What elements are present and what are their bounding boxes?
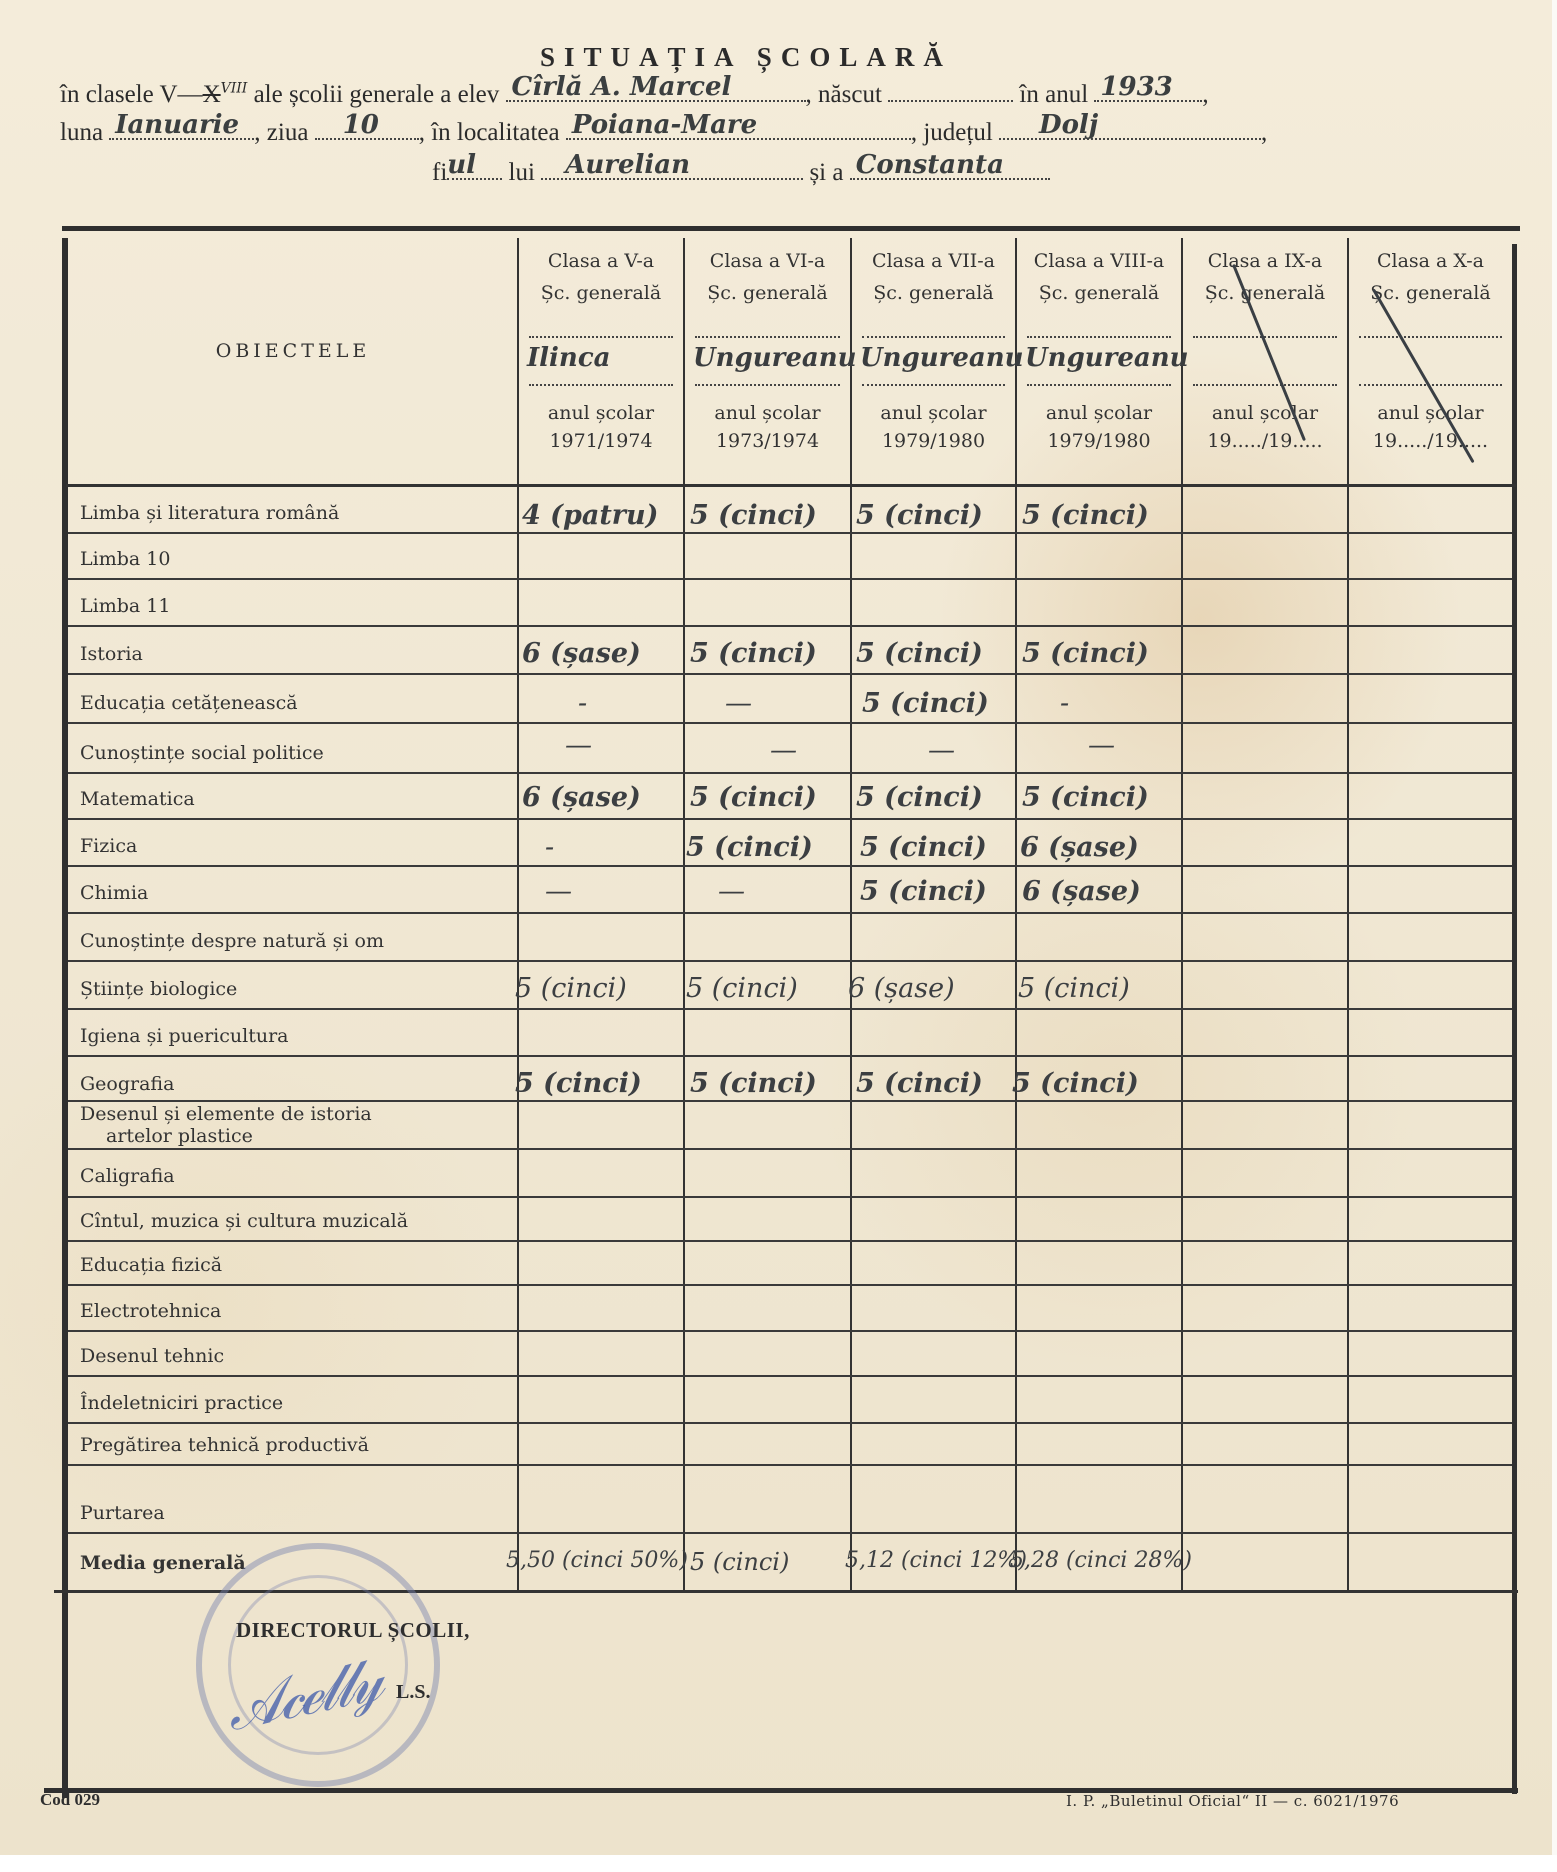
grade-cell: — <box>565 730 592 761</box>
school-year: 1979/1980 <box>1017 432 1181 460</box>
grade-cell: 5 (cinci) <box>1022 782 1149 813</box>
column-header-7: Clasa a VII-a Șc. generală Ungureanu anu… <box>852 252 1015 460</box>
mother-label: și a <box>809 159 843 186</box>
grade-cell: 5 (cinci) <box>1012 1068 1139 1099</box>
born-field <box>888 78 1013 102</box>
subject-label: Cunoștințe despre natură și om <box>80 930 384 952</box>
grade-cell: - <box>545 832 554 863</box>
paper-edge <box>0 1855 1557 1872</box>
subject-label: Purtarea <box>80 1502 165 1524</box>
subject-label-media: Media generală <box>80 1552 246 1574</box>
subjects-header: OBIECTELE <box>68 340 518 362</box>
school-label: ale școlii generale a elev <box>254 81 500 108</box>
table-right-border <box>1512 244 1517 1794</box>
subject-label: Chimia <box>80 882 148 904</box>
month-field: Ianuarie <box>109 116 254 140</box>
subject-label: Caligrafia <box>80 1165 175 1187</box>
average-cell: 5,28 (cinci 28%) <box>1010 1548 1192 1573</box>
form-code: Cod 029 <box>40 1790 100 1810</box>
grade-cell: — <box>718 876 745 907</box>
grade-cell: 6 (șase) <box>522 638 641 669</box>
subject-label: Geografia <box>80 1073 174 1095</box>
subject-label: Igiena și puericultura <box>80 1025 289 1047</box>
county-field: Dolj <box>999 116 1261 140</box>
subject-label: Limba 11 <box>80 595 170 617</box>
grade-cell: 5 (cinci) <box>1018 973 1130 1004</box>
student-name-field: Cîrlă A. Marcel <box>506 78 806 102</box>
school-year: 1971/1974 <box>519 432 683 460</box>
subject-label: Istoria <box>80 643 143 665</box>
county: Dolj <box>1039 110 1098 140</box>
grade-cell: 5 (cinci) <box>1022 638 1149 669</box>
table-left-border <box>62 238 68 1798</box>
printer-info: I. P. „Buletinul Oficial“ II — c. 6021/1… <box>1066 1792 1399 1810</box>
subject-label: Desenul și elemente de istoria artelor p… <box>80 1103 372 1147</box>
grade-cell: 6 (șase) <box>1020 832 1139 863</box>
son-label: fi <box>432 159 447 186</box>
classes-label: în clasele V— <box>60 81 203 108</box>
grade-cell: 6 (șase) <box>1022 876 1141 907</box>
grade-cell: 5 (cinci) <box>856 638 983 669</box>
year-label: în anul <box>1019 81 1088 108</box>
grade-cell: 5 (cinci) <box>690 500 817 531</box>
father-name: Aurelian <box>565 150 690 180</box>
header-line-1: în clasele V—XVIII ale școlii generale a… <box>60 78 1209 109</box>
school-year: 19...../19..... <box>1349 432 1512 460</box>
student-name: Cîrlă A. Marcel <box>512 72 732 102</box>
average-cell: 5 (cinci) <box>690 1548 789 1576</box>
subject-label: Limba 10 <box>80 548 170 570</box>
subject-label: Educația fizică <box>80 1254 222 1276</box>
grade-cell: — <box>1088 730 1115 761</box>
teacher-name: Ungureanu <box>1017 338 1181 378</box>
subject-label: Pregătirea tehnică productivă <box>80 1434 369 1456</box>
grade-cell: 5 (cinci) <box>690 638 817 669</box>
year-field: 1933 <box>1094 78 1202 102</box>
column-header-10: Clasa a X-a Șc. generală anul școlar 19.… <box>1349 252 1512 460</box>
grade-cell: — <box>770 735 797 766</box>
average-cell: 5,50 (cinci 50%) <box>506 1548 688 1573</box>
father-field: Aurelian <box>541 156 803 180</box>
mother-field: Constanta <box>850 156 1050 180</box>
county-label: , județul <box>911 119 993 146</box>
table-header-divider <box>66 484 1516 487</box>
grade-cell: 6 (șase) <box>848 973 955 1004</box>
birth-month: Ianuarie <box>115 110 239 140</box>
grade-cell: 5 (cinci) <box>856 1068 983 1099</box>
grade-cell: 5 (cinci) <box>686 973 798 1004</box>
mother-name: Constanta <box>856 150 1004 180</box>
grade-cell: — <box>928 735 955 766</box>
grade-cell: — <box>545 876 572 907</box>
grade-cell: 5 (cinci) <box>856 782 983 813</box>
column-header-9: Clasa a IX-a Șc. generală anul școlar 19… <box>1183 252 1347 460</box>
locality-label: , în localitatea <box>419 119 560 146</box>
grade-cell: - <box>578 688 587 719</box>
grade-cell: 5 (cinci) <box>690 782 817 813</box>
column-header-8: Clasa a VIII-a Șc. generală Ungureanu an… <box>1017 252 1181 460</box>
grade-cell: - <box>1060 688 1069 719</box>
grade-cell: 6 (șase) <box>522 782 641 813</box>
average-cell: 5,12 (cinci 12%) <box>845 1548 1027 1573</box>
school-year: 19...../19..... <box>1183 432 1347 460</box>
school-year: 1979/1980 <box>852 432 1015 460</box>
day-field: 10 <box>315 116 419 140</box>
locality-field: Poiana-Mare <box>566 116 911 140</box>
grade-cell: 5 (cinci) <box>860 876 987 907</box>
father-label: lui <box>509 159 535 186</box>
subject-label: Cunoștințe social politice <box>80 742 324 764</box>
teacher-name: Ungureanu <box>852 338 1015 378</box>
grade-cell: 5 (cinci) <box>856 500 983 531</box>
subject-label: Cîntul, muzica și cultura muzicală <box>80 1210 408 1232</box>
day-label: , ziua <box>254 119 308 146</box>
subject-label: Științe biologice <box>80 978 237 1000</box>
grade-cell: 5 (cinci) <box>686 832 813 863</box>
grade-cell: 5 (cinci) <box>690 1068 817 1099</box>
subject-label: Desenul tehnic <box>80 1345 224 1367</box>
son-suffix: ul <box>447 150 476 180</box>
grade-cell: 5 (cinci) <box>862 688 989 719</box>
subject-label: Îndeletniciri practice <box>80 1392 283 1414</box>
director-label: DIRECTORUL ȘCOLII, <box>236 1618 470 1643</box>
subject-label: Matematica <box>80 788 195 810</box>
table-top-border <box>62 226 1520 231</box>
teacher-name: Ungureanu <box>685 338 850 378</box>
locality: Poiana-Mare <box>572 110 757 140</box>
class-struck: X <box>203 81 221 108</box>
birth-year: 1933 <box>1100 72 1172 102</box>
header-line-2: luna Ianuarie, ziua 10, în localitatea P… <box>60 116 1267 147</box>
school-year: 1973/1974 <box>685 432 850 460</box>
month-label: luna <box>60 119 103 146</box>
column-header-6: Clasa a VI-a Șc. generală Ungureanu anul… <box>685 252 850 460</box>
grade-cell: 5 (cinci) <box>1022 500 1149 531</box>
grade-cell: 5 (cinci) <box>515 1068 642 1099</box>
header-line-3: fiul lui Aurelian și a Constanta <box>432 156 1050 187</box>
grade-cell: 5 (cinci) <box>860 832 987 863</box>
class-handwritten: VIII <box>221 81 248 97</box>
column-header-5: Clasa a V-a Șc. generală Ilinca anul șco… <box>519 252 683 460</box>
born-label: , născut <box>806 81 882 108</box>
subject-label: Limba și literatura română <box>80 502 339 524</box>
paper-edge <box>1552 0 1557 1872</box>
grade-cell: 5 (cinci) <box>515 973 627 1004</box>
birth-day: 10 <box>343 110 379 140</box>
grade-cell: — <box>725 688 752 719</box>
subject-label: Educația cetățenească <box>80 692 298 714</box>
subject-label: Fizica <box>80 835 137 857</box>
grade-cell: 4 (patru) <box>522 500 658 531</box>
document-title: SITUAȚIA ȘCOLARĂ <box>540 42 952 73</box>
seal-label: L.S. <box>396 1681 430 1704</box>
subject-label: Electrotehnica <box>80 1300 221 1322</box>
